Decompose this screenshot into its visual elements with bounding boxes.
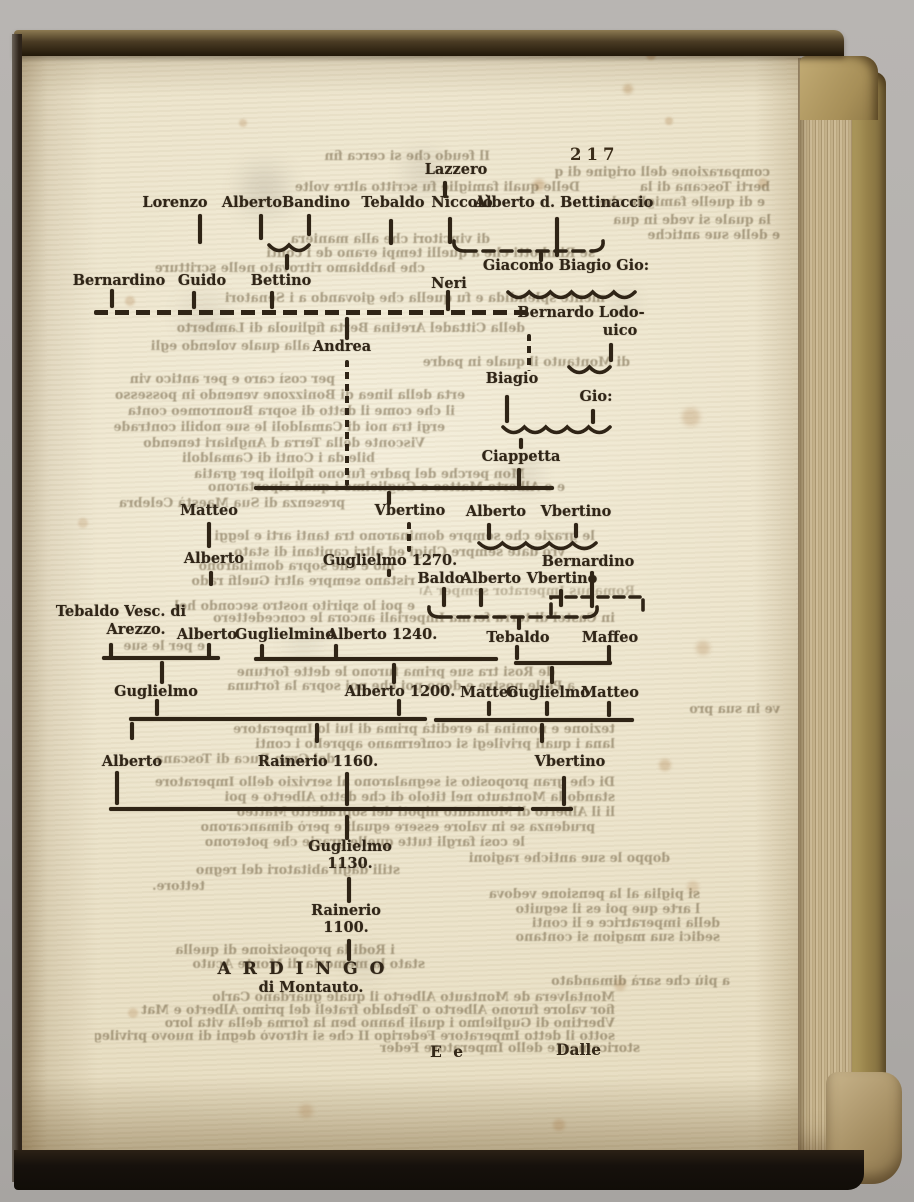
signature-mark: E e: [430, 1042, 466, 1061]
page-fore-edge-stack: [798, 58, 854, 1164]
scanned-book-page: Il feudo che si cerca fincomparazione de…: [0, 0, 914, 1202]
book-bottom-edge: [14, 1150, 864, 1190]
foxing-spots: [0, 0, 6, 6]
page-number: 217: [570, 145, 619, 164]
paper: [20, 50, 800, 1154]
catchword: Dalle: [556, 1040, 601, 1059]
book-top-edge: [14, 30, 844, 56]
book-cover-edge: [852, 72, 886, 1182]
book-left-edge: [12, 34, 22, 1182]
page-stack-top-corner: [800, 56, 878, 120]
